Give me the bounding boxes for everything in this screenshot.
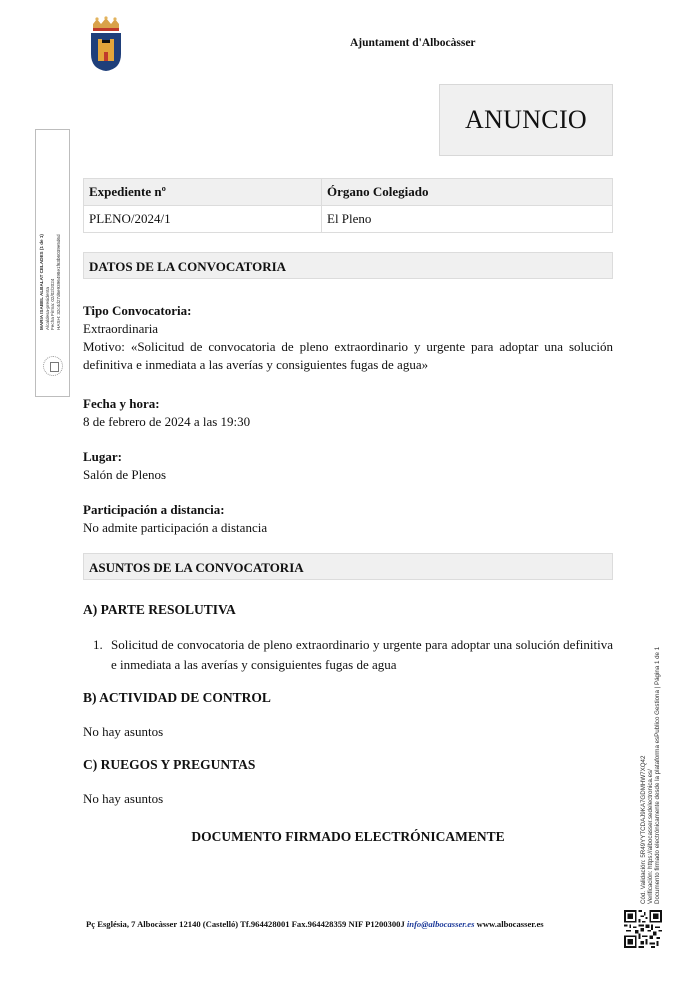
signature-hash: HASH: 32c4d27d6e9396498e1f63b6039e5d6d <box>56 200 62 330</box>
ruegos-preguntas-heading: C) RUEGOS Y PREGUNTAS <box>83 757 255 773</box>
lugar-label: Lugar: <box>83 448 613 466</box>
fecha-label: Fecha y hora: <box>83 395 613 413</box>
item-text: Solicitud de convocatoria de pleno extra… <box>111 635 613 675</box>
document-type-title: ANUNCIO <box>465 105 587 135</box>
ruegos-preguntas-empty: No hay asuntos <box>83 790 613 808</box>
coat-of-arms-icon <box>88 16 124 72</box>
motivo-text: Motivo: «Solicitud de convocatoria de pl… <box>83 338 613 374</box>
parte-resolutiva-heading: A) PARTE RESOLUTIVA <box>83 602 236 618</box>
item-number: 1. <box>93 635 111 675</box>
participacion-block: Participación a distancia: No admite par… <box>83 501 613 537</box>
list-item: 1. Solicitud de convocatoria de pleno ex… <box>93 635 613 675</box>
expediente-value: PLENO/2024/1 <box>84 206 322 233</box>
signed-notice: DOCUMENTO FIRMADO ELECTRÓNICAMENTE <box>0 829 696 845</box>
platform-note: Documento firmado electrónicamente desde… <box>654 594 661 904</box>
document-type-box: ANUNCIO <box>439 84 613 156</box>
organo-value: El Pleno <box>322 206 613 233</box>
expediente-table: Expediente nº Órgano Colegiado PLENO/202… <box>83 178 613 233</box>
lugar-block: Lugar: Salón de Plenos <box>83 448 613 484</box>
tipo-value: Extraordinaria <box>83 320 613 338</box>
footer-website-link[interactable]: www.albocasser.es <box>477 919 544 929</box>
header-organo: Órgano Colegiado <box>322 179 613 206</box>
fecha-block: Fecha y hora: 8 de febrero de 2024 a las… <box>83 395 613 431</box>
table-header-row: Expediente nº Órgano Colegiado <box>84 179 613 206</box>
verification-url[interactable]: Verificación: https://albocasser.sedelec… <box>647 594 654 904</box>
section-datos-header: DATOS DE LA CONVOCATORIA <box>83 252 613 279</box>
tipo-block: Tipo Convocatoria: Extraordinaria Motivo… <box>83 302 613 374</box>
participacion-label: Participación a distancia: <box>83 501 613 519</box>
header-expediente: Expediente nº <box>84 179 322 206</box>
table-row: PLENO/2024/1 El Pleno <box>84 206 613 233</box>
validation-code: Cód. Validación: 5R49YYTCDAJ9KA7GDMHW7XQ… <box>640 594 647 904</box>
verification-text: Cód. Validación: 5R49YYTCDAJ9KA7GDMHW7XQ… <box>640 594 662 904</box>
fecha-value: 8 de febrero de 2024 a las 19:30 <box>83 413 613 431</box>
footer-email-link[interactable]: info@albocasser.es <box>407 919 475 929</box>
footer: Pç Església, 7 Albocàsser 12140 (Castell… <box>86 919 544 929</box>
organization-name: Ajuntament d'Albocàsser <box>350 37 476 49</box>
qr-code-icon <box>624 910 662 948</box>
section-asuntos-header: ASUNTOS DE LA CONVOCATORIA <box>83 553 613 580</box>
footer-address: Pç Església, 7 Albocàsser 12140 (Castell… <box>86 919 405 929</box>
actividad-control-heading: B) ACTIVIDAD DE CONTROL <box>83 690 271 706</box>
tipo-label: Tipo Convocatoria: <box>83 302 613 320</box>
participacion-value: No admite participación a distancia <box>83 519 613 537</box>
signature-stamp-text: MARIA ISABEL ALBALAT CELADES (1 de 1) Al… <box>39 200 61 330</box>
signature-stamp: MARIA ISABEL ALBALAT CELADES (1 de 1) Al… <box>35 129 70 397</box>
actividad-control-empty: No hay asuntos <box>83 723 613 741</box>
seal-icon <box>43 356 63 376</box>
lugar-value: Salón de Plenos <box>83 466 613 484</box>
